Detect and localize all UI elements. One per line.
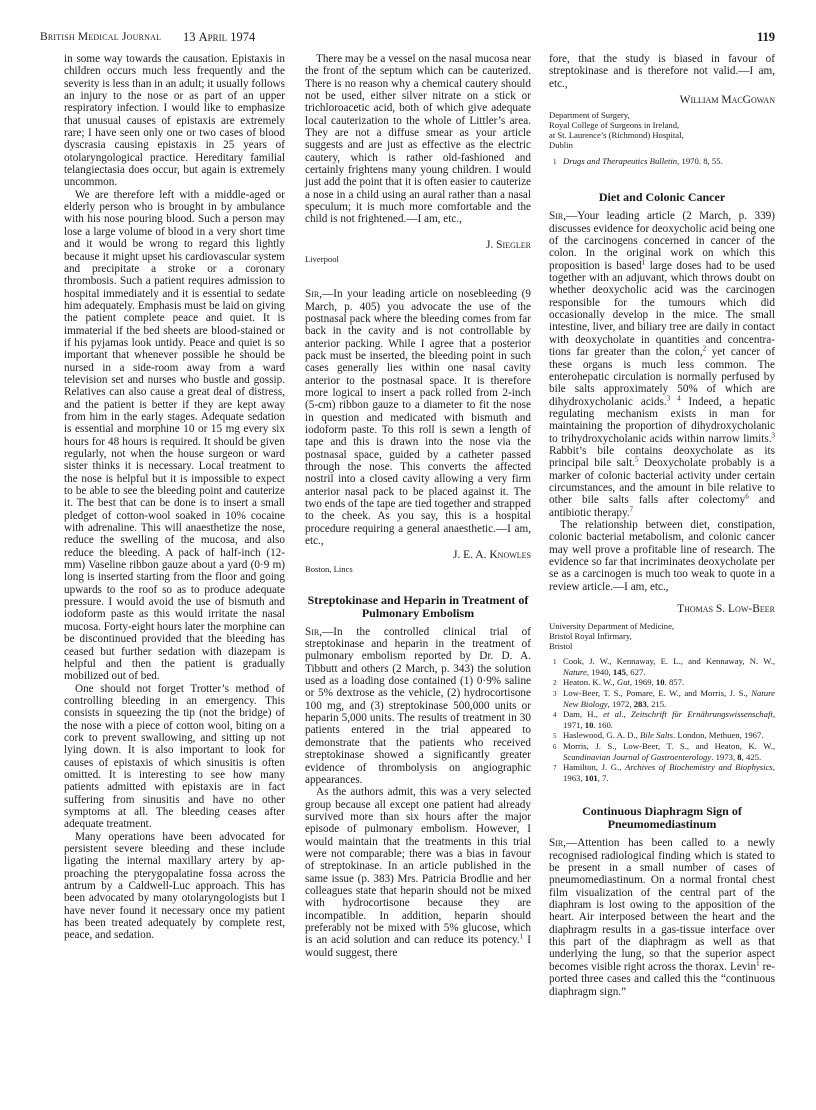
reference-details: , 1970. 8, 55.	[677, 156, 723, 166]
reference-authors: Hamilton, J. G.,	[563, 762, 625, 772]
affiliation-line: Royal College of Surgeons in Ireland,	[549, 120, 775, 130]
column-2: There may be a vessel on the nasal mucos…	[305, 53, 531, 959]
reference-number: 2	[553, 678, 563, 688]
reference-item: 4Dam, H., et al., Zeitschrift für Ernähr…	[549, 709, 775, 730]
place-boston: Boston, Lincs	[305, 564, 531, 574]
reference-journal: Archives of Biochemistry and Biophysics	[625, 762, 773, 772]
affiliation-line: University Department of Medicine,	[549, 621, 775, 631]
date-year: 1974	[230, 30, 255, 44]
paragraph-text: —Attention has been called to a newly re…	[549, 837, 775, 972]
paragraph: One should not forget Trotter’s method o…	[64, 683, 285, 831]
signature-macgowan: William MacGowan	[549, 94, 775, 106]
affiliation-line: at St. Laurence’s (Richmond) Hospital,	[549, 130, 775, 140]
streptokinase-continued: fore, that the study is biased in favour…	[549, 53, 775, 90]
paragraph-text: As the authors admit, this was a very se…	[305, 786, 531, 946]
affiliation-line: Department of Surgery,	[549, 110, 775, 120]
affiliation-macgowan: Department of Surgery, Royal College of …	[549, 110, 775, 150]
reference-volume: 101	[585, 773, 598, 783]
place-liverpool: Liverpool	[305, 254, 531, 264]
reference-pages: , 215.	[647, 699, 667, 709]
reference-number: 5	[553, 731, 563, 741]
paragraph-text: —In the controlled clinical trial of str…	[305, 626, 531, 786]
article-heading-streptokinase: Streptokinase and Heparin in Treatment o…	[305, 594, 531, 620]
paragraph: in some way towards the causation. Epist…	[64, 53, 285, 189]
reference-year: , 1972,	[608, 699, 634, 709]
reference-year: , 1940,	[587, 667, 613, 677]
reference-journal: Bile Salts	[640, 730, 673, 740]
reference-journal: et al., Zeitschrift für Ernährungs­wisse…	[603, 709, 773, 719]
paragraph: We are therefore left with a middle-aged…	[64, 189, 285, 683]
reference-volume: 10	[656, 677, 665, 687]
reference-number: 1	[553, 157, 563, 167]
affiliation-line: Dublin	[549, 140, 775, 150]
reference-authors: Heaton. K. W.,	[563, 677, 617, 687]
diet-paragraph-1: Sir,—Your leading article (2 March, p. 3…	[549, 210, 775, 519]
reference-journal: Nature	[563, 667, 587, 677]
signature-siegler: J. Siegler	[305, 239, 531, 251]
paragraph-text: large doses had to be used together with…	[549, 260, 775, 358]
reference-list-macgowan: 1Drugs and Therapeutics Bulletin, 1970. …	[549, 156, 775, 167]
reference-pages: . 857.	[665, 677, 685, 687]
reference-item: 5Haslewood, G. A. D., Bile Salts. London…	[549, 730, 775, 741]
reference-pages: , 627.	[626, 667, 646, 677]
letter-siegler-body: There may be a vessel on the nasal mucos…	[305, 53, 531, 226]
reference-volume: 145	[613, 667, 626, 677]
reference-journal: Gut	[617, 677, 630, 687]
streptokinase-paragraph-2: As the authors admit, this was a very se…	[305, 786, 531, 959]
reference-number: 1	[553, 657, 563, 667]
affiliation-line: Bristol	[549, 641, 775, 651]
streptokinase-paragraph-1: Sir,—In the controlled clinical trial of…	[305, 626, 531, 786]
letter-text: —In your leading article on nose­bleedin…	[305, 288, 531, 547]
salutation: Sir,	[305, 288, 322, 300]
salutation: Sir,	[305, 626, 322, 638]
reference-number: 4	[553, 710, 563, 720]
journal-name: British Medical Journal	[40, 31, 161, 43]
reference-authors: Haslewood, G. A. D.,	[563, 730, 640, 740]
reference-journal: Drugs and Therapeutics Bulletin	[563, 156, 677, 166]
reference-pages: , 7.	[598, 773, 609, 783]
reference-authors: Morris, J. S., Low-Beer, T. S., and Heat…	[563, 741, 775, 751]
signature-knowles: J. E. A. Knowles	[305, 549, 531, 561]
letter-knowles-body: Sir,—In your leading article on nose­ble…	[305, 288, 531, 547]
salutation: Sir,	[549, 210, 566, 222]
citation-marker: 3 4	[667, 394, 681, 402]
affiliation-line: Bristol Royal Infirmary,	[549, 631, 775, 641]
column-1: in some way towards the causation. Epist…	[64, 53, 285, 942]
citation-marker: 7	[630, 505, 634, 513]
article-heading-continuous-diaphragm-sign: Continuous Diaphragm Sign of Pneumomedia…	[549, 805, 775, 831]
reference-item: 1Cook, J. W., Kennaway, E. L., and Kenna…	[549, 656, 775, 677]
paragraph: Many operations have been advocated for …	[64, 831, 285, 942]
reference-pages: , 425.	[742, 752, 762, 762]
reference-year: . London, Methuen, 1967.	[673, 730, 764, 740]
diaphragm-paragraph-1: Sir,—Attention has been called to a newl…	[549, 837, 775, 997]
date-month: April	[199, 30, 228, 44]
reference-journal: Scandinavian Journal of Gastro­enterolog…	[563, 752, 711, 762]
reference-item: 7Hamilton, J. G., Archives of Biochemist…	[549, 762, 775, 783]
page-number: 119	[757, 30, 775, 45]
date-day: 13	[183, 30, 196, 44]
reference-authors: Dam, H.,	[563, 709, 603, 719]
affiliation-low-beer: University Department of Medicine, Brist…	[549, 621, 775, 651]
reference-list-low-beer: 1Cook, J. W., Kennaway, E. L., and Kenna…	[549, 656, 775, 783]
column-3: fore, that the study is biased in favour…	[549, 53, 775, 998]
reference-year: . 1973,	[711, 752, 737, 762]
reference-volume: 283	[634, 699, 647, 709]
diet-paragraph-2: The relationship between diet, constipa­…	[549, 519, 775, 593]
reference-authors: Cook, J. W., Kennaway, E. L., and Kennaw…	[563, 656, 775, 666]
reference-number: 3	[553, 689, 563, 699]
reference-number: 6	[553, 742, 563, 752]
running-header: British Medical Journal 13 April 1974 11…	[40, 31, 775, 45]
reference-year: , 1969,	[630, 677, 656, 687]
reference-item: 1Drugs and Therapeutics Bulletin, 1970. …	[549, 156, 775, 167]
reference-item: 6Morris, J. S., Low-Beer, T. S., and Hea…	[549, 741, 775, 762]
citation-marker: 3	[772, 431, 776, 439]
article-heading-diet-colonic-cancer: Diet and Colonic Cancer	[549, 191, 775, 204]
reference-pages: . 160.	[593, 720, 613, 730]
reference-number: 7	[553, 763, 563, 773]
salutation: Sir,	[549, 837, 566, 849]
issue-date: 13 April 1974	[183, 30, 255, 45]
reference-authors: Low-Beer, T. S., Pomare, E. W., and Morr…	[563, 688, 751, 698]
signature-low-beer: Thomas S. Low-Beer	[549, 603, 775, 615]
reference-item: 3Low-Beer, T. S., Pomare, E. W., and Mor…	[549, 688, 775, 709]
reference-item: 2Heaton. K. W., Gut, 1969, 10. 857.	[549, 677, 775, 688]
